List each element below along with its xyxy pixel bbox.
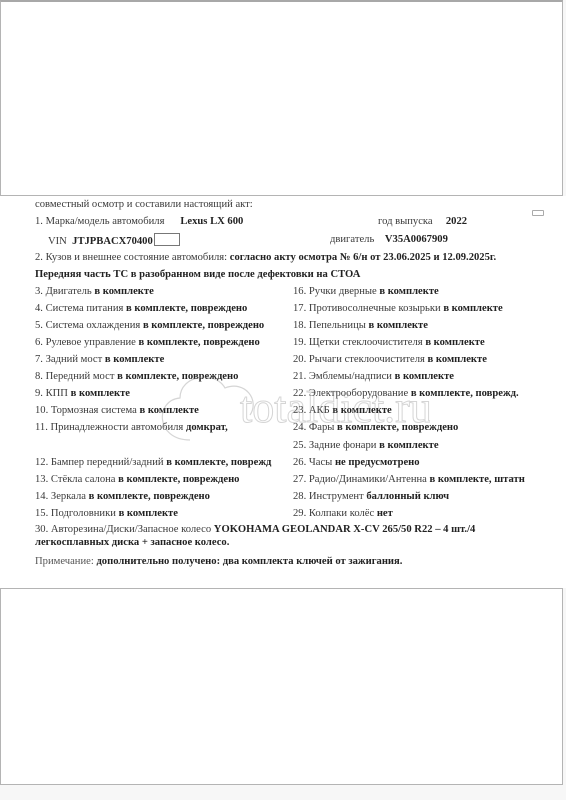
checklist-item: 13. Стёкла салона в комплекте, поврежден… [35,473,239,486]
item-value: в комплекте [71,388,130,399]
item-value: нет [377,508,393,519]
engine-field: двигатель V35A0067909 [330,233,448,246]
item-value: в комплекте [379,440,438,451]
item-label: 18. Пепельницы [293,320,369,331]
item-label: 14. Зеркала [35,491,89,502]
item-label: 8. Передний мост [35,371,117,382]
item-label: 12. Бампер передний/задний [35,457,166,468]
checklist-item: 17. Противосолнечные козырьки в комплект… [293,302,503,315]
item-label: 28. Инструмент [293,491,366,502]
item-label: 23. АКБ [293,405,332,416]
checklist-item: 10. Тормозная система в комплекте [35,404,199,417]
checklist-item: 26. Часы не предусмотрено [293,456,420,469]
item-label: 15. Подголовники [35,508,119,519]
blank-page-top [0,0,563,196]
item-value: в комплекте [395,371,454,382]
item-2: 2. Кузов и внешнее состояние автомобиля:… [35,251,496,264]
item-label: 10. Тормозная система [35,405,139,416]
item-value: в комплекте [94,286,153,297]
item-value: в комплекте [425,337,484,348]
checklist-item: 21. Эмблемы/надписи в комплекте [293,370,454,383]
checklist-item: 12. Бампер передний/задний в комплекте, … [35,456,271,469]
item-value: в комплекте, поврежд. [411,388,519,399]
checklist-item: 15. Подголовники в комплекте [35,507,178,520]
item-30: 30. Авторезина/Диски/Запасное колесо YOK… [35,523,475,536]
item-value: в комплекте, повреждено [337,422,458,433]
item-value: домкрат, [186,422,228,433]
item-value: в комплекте, повреждено [139,337,260,348]
item-label: 13. Стёкла салона [35,474,118,485]
item-value: в комплекте, повреждено [89,491,210,502]
checklist-item: 7. Задний мост в комплекте [35,353,164,366]
checklist-item: 19. Щетки стеклоочистителя в комплекте [293,336,485,349]
item-value: баллонный ключ [366,491,449,502]
item-1: 1. Марка/модель автомобиля Lexus LX 600 [35,215,243,228]
checklist-item: 22. Электрооборудование в комплекте, пов… [293,387,519,400]
item-label: 3. Двигатель [35,286,94,297]
vin-redaction-box [154,233,180,246]
item-label: 5. Система охлаждения [35,320,143,331]
item-label: 22. Электрооборудование [293,388,411,399]
blank-page-bottom [0,588,563,785]
item-value: в комплекте [428,354,487,365]
checklist-item: 3. Двигатель в комплекте [35,285,154,298]
note: Примечание: дополнительно получено: два … [35,555,402,568]
item-value: в комплекте, штатн [430,474,525,485]
item-label: 4. Система питания [35,303,126,314]
checklist-item: 6. Рулевое управление в комплекте, повре… [35,336,260,349]
item-label: 7. Задний мост [35,354,105,365]
item-value: в комплекте, повреждено [118,474,239,485]
item-value: в комплекте [443,303,502,314]
checklist-item: 18. Пепельницы в комплекте [293,319,428,332]
item-value: в комплекте [369,320,428,331]
item-label: 21. Эмблемы/надписи [293,371,395,382]
item-label: 16. Ручки дверные [293,286,379,297]
checklist-item: 14. Зеркала в комплекте, повреждено [35,490,210,503]
item-30-continued: легкосплавных диска + запасное колесо. [35,536,229,549]
checklist-item: 4. Система питания в комплекте, поврежде… [35,302,247,315]
item-label: 27. Радио/Динамики/Антенна [293,474,430,485]
vin-field: VIN JTJPBACX70400 [48,233,180,248]
item-value: в комплекте [119,508,178,519]
checklist-item: 29. Колпаки колёс нет [293,507,393,520]
checklist-item: 9. КПП в комплекте [35,387,130,400]
checklist-item: 20. Рычаги стеклоочистителя в комплекте [293,353,487,366]
checklist-item: 16. Ручки дверные в комплекте [293,285,439,298]
year-field: год выпуска 2022 [378,215,467,228]
item-label: 11. Принадлежности автомобиля [35,422,186,433]
item-label: 17. Противосолнечные козырьки [293,303,443,314]
item-value: в комплекте [139,405,198,416]
item-label: 9. КПП [35,388,71,399]
checklist-item: 5. Система охлаждения в комплекте, повре… [35,319,264,332]
item-value: в комплекте [105,354,164,365]
item-label: 20. Рычаги стеклоочистителя [293,354,428,365]
checklist-item: 23. АКБ в комплекте [293,404,392,417]
item-2-continued: Передняя часть ТС в разобранном виде пос… [35,268,360,281]
scan-artifact [532,210,544,216]
item-value: в комплекте, повреждено [126,303,247,314]
checklist-item: 28. Инструмент баллонный ключ [293,490,449,503]
item-value: в комплекте [379,286,438,297]
item-label: 26. Часы [293,457,335,468]
item-value: в комплекте, повреждено [117,371,238,382]
item-value: в комплекте, повреждено [143,320,264,331]
intro-text: совместный осмотр и составили настоящий … [35,198,253,211]
item-value: не предусмотрено [335,457,420,468]
checklist-item: 25. Задние фонари в комплекте [293,439,439,452]
checklist-item: 8. Передний мост в комплекте, повреждено [35,370,238,383]
item-value: в комплекте [332,405,391,416]
item-label: 25. Задние фонари [293,440,379,451]
item-label: 24. Фары [293,422,337,433]
checklist-item: 11. Принадлежности автомобиля домкрат, [35,421,228,434]
checklist-item: 27. Радио/Динамики/Антенна в комплекте, … [293,473,525,486]
checklist-item: 24. Фары в комплекте, повреждено [293,421,458,434]
item-label: 29. Колпаки колёс [293,508,377,519]
item-label: 6. Рулевое управление [35,337,139,348]
item-label: 19. Щетки стеклоочистителя [293,337,425,348]
item-value: в комплекте, поврежд [166,457,271,468]
document-sheet: совместный осмотр и составили настоящий … [0,196,566,588]
